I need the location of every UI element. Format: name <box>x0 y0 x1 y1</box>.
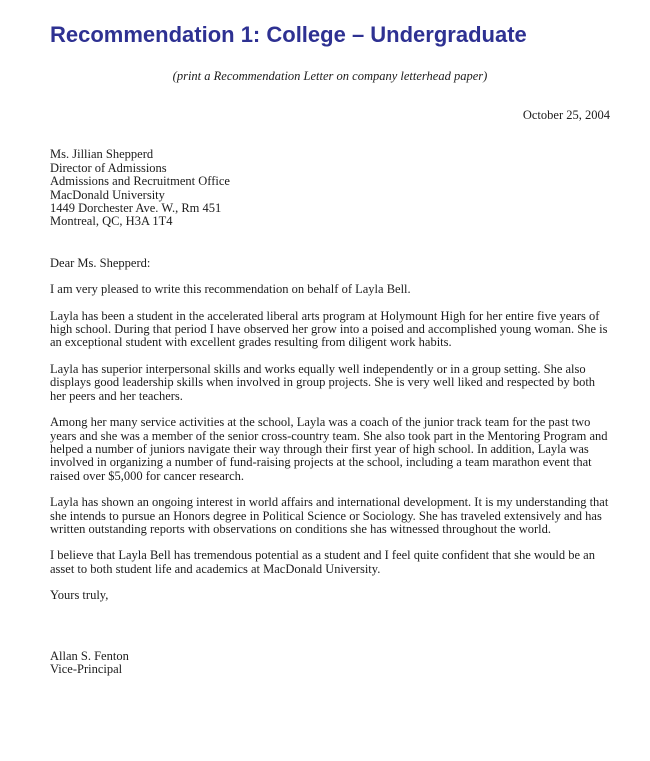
signature-block: Allan S. Fenton Vice-Principal <box>50 650 610 677</box>
paragraph-interpersonal-skills: Layla has superior interpersonal skills … <box>50 363 610 403</box>
instruction-subtitle: (print a Recommendation Letter on compan… <box>50 69 610 84</box>
recipient-name: Ms. Jillian Shepperd <box>50 148 610 161</box>
paragraph-introduction: I am very pleased to write this recommen… <box>50 283 610 296</box>
page-title: Recommendation 1: College – Undergraduat… <box>50 22 610 48</box>
letter-date: October 25, 2004 <box>50 109 610 122</box>
recipient-institution: MacDonald University <box>50 189 610 202</box>
salutation: Dear Ms. Shepperd: <box>50 257 610 270</box>
paragraph-endorsement: I believe that Layla Bell has tremendous… <box>50 549 610 576</box>
recipient-street-address: 1449 Dorchester Ave. W., Rm 451 <box>50 202 610 215</box>
signer-name: Allan S. Fenton <box>50 650 610 663</box>
recipient-city-postal: Montreal, QC, H3A 1T4 <box>50 215 610 228</box>
letter-body: October 25, 2004 Ms. Jillian Shepperd Di… <box>50 109 610 676</box>
paragraph-service-activities: Among her many service activities at the… <box>50 416 610 483</box>
paragraph-academics: Layla has been a student in the accelera… <box>50 310 610 350</box>
paragraph-interests: Layla has shown an ongoing interest in w… <box>50 496 610 536</box>
closing-valediction: Yours truly, <box>50 589 610 602</box>
document-page: Recommendation 1: College – Undergraduat… <box>0 0 650 761</box>
recipient-job-title: Director of Admissions <box>50 162 610 175</box>
recipient-address-block: Ms. Jillian Shepperd Director of Admissi… <box>50 148 610 228</box>
recipient-office: Admissions and Recruitment Office <box>50 175 610 188</box>
signer-title: Vice-Principal <box>50 663 610 676</box>
